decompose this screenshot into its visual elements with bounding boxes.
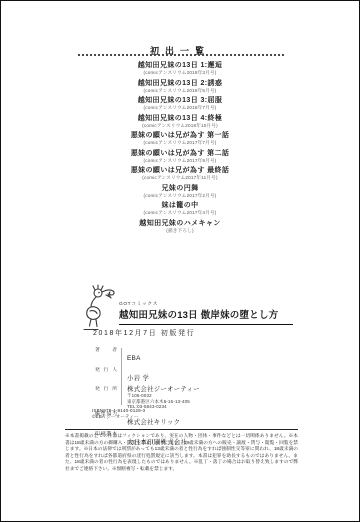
work-source: (comicアンスリウム2017年11月号) [1,175,359,181]
first-appearance-header: 初出一覧 [1,41,359,59]
legal-notice: ※本書掲載の全ての作品はフィクションであり、実在の人物・団体・事件などとは一切関… [65,429,298,473]
credit-label: 発行所 [95,386,117,393]
disclaimer-text: ※本書掲載の全ての作品はフィクションであり、実在の人物・団体・事件などとは一切関… [65,433,298,473]
list-item: 悪妹の願いは兄が為す 第二話 (comicアンスリウム2017年9月号) [1,149,359,164]
first-appearance-list: 越知田兄妹の13日 1:邂逅 (comicアンスリウム2018年3月号) 越知田… [1,61,359,236]
list-item: 越知田兄妹の13日 1:邂逅 (comicアンスリウム2018年3月号) [1,61,359,76]
credit-row-publisher: 発行所 株式会社ジーオーティー 〒106-0032 東京都港区六本木5-16-1… [95,386,281,410]
work-title: 悪妹の願いは兄が為す 最終話 [1,166,359,175]
work-title: 妹は籠の中 [1,201,359,210]
list-item: 越知田兄妹の13日 4:終極 (comicアンスリウム2018年10月号) [1,114,359,129]
edition-date: 2018年12月7日 初版発行 [93,328,195,338]
work-title: 兄妹の円舞 [1,184,359,193]
work-source: (comicアンスリウム2017年9月号) [1,158,359,164]
work-title: 越知田兄妹の13日 3:屈服 [1,96,359,105]
credit-value: EBA [127,355,141,362]
dotted-divider [78,54,284,56]
work-title: 越知田兄妹のハメキャン [1,219,359,228]
credit-row-publisher-person: 発行人 小岩 学 [95,367,281,385]
credit-value: 株式会社キリック [127,419,180,426]
list-item: 妹は籠の中 (comicアンスリウム2017年4月号) [1,201,359,216]
list-item: 兄妹の円舞 (comicアンスリウム2017年2月号) [1,184,359,199]
work-source: (描き下ろし) [1,228,359,234]
work-source: (comicアンスリウム2017年2月号) [1,193,359,199]
work-title: 越知田兄妹の13日 2:誘惑 [1,79,359,88]
imprint-label: GOTコミックス [119,300,158,307]
book-title: 越知田兄妹の13日 傲岸妹の堕とし方 [119,307,293,325]
credit-label: 発行人 [95,367,117,374]
credit-value: 小岩 学 [127,375,149,382]
work-title: 越知田兄妹の13日 1:邂逅 [1,61,359,70]
credit-row-author: 著者 EBA [95,347,281,365]
work-source: (comicアンスリウム2018年7月号) [1,105,359,111]
list-item: 越知田兄妹の13日 2:誘惑 (comicアンスリウム2018年5月号) [1,79,359,94]
isbn-copyright-block: ISBN978-4-8140-0129-3 ©EBA ジーオーティー [92,408,145,420]
credit-value: 株式会社ジーオーティー [127,386,200,393]
list-item: 悪妹の願いは兄が為す 最終話 (comicアンスリウム2017年11月号) [1,166,359,181]
work-source: (comicアンスリウム2018年3月号) [1,70,359,76]
list-item: 越知田兄妹のハメキャン (描き下ろし) [1,219,359,234]
list-item: 越知田兄妹の13日 3:屈服 (comicアンスリウム2018年7月号) [1,96,359,111]
list-item: 悪妹の願いは兄が為す 第一話 (comicアンスリウム2017年7月号) [1,131,359,146]
work-source: (comicアンスリウム2018年5月号) [1,88,359,94]
work-source: (comicアンスリウム2018年10月号) [1,123,359,129]
work-title: 越知田兄妹の13日 4:終極 [1,114,359,123]
credit-label: 著者 [95,347,117,354]
work-title: 悪妹の願いは兄が為す 第二話 [1,149,359,158]
colophon-page: 初出一覧 越知田兄妹の13日 1:邂逅 (comicアンスリウム2018年3月号… [0,0,360,522]
work-source: (comicアンスリウム2017年7月号) [1,140,359,146]
work-title: 悪妹の願いは兄が為す 第一話 [1,131,359,140]
work-source: (comicアンスリウム2017年4月号) [1,210,359,216]
copyright: ©EBA ジーオーティー [92,414,145,420]
